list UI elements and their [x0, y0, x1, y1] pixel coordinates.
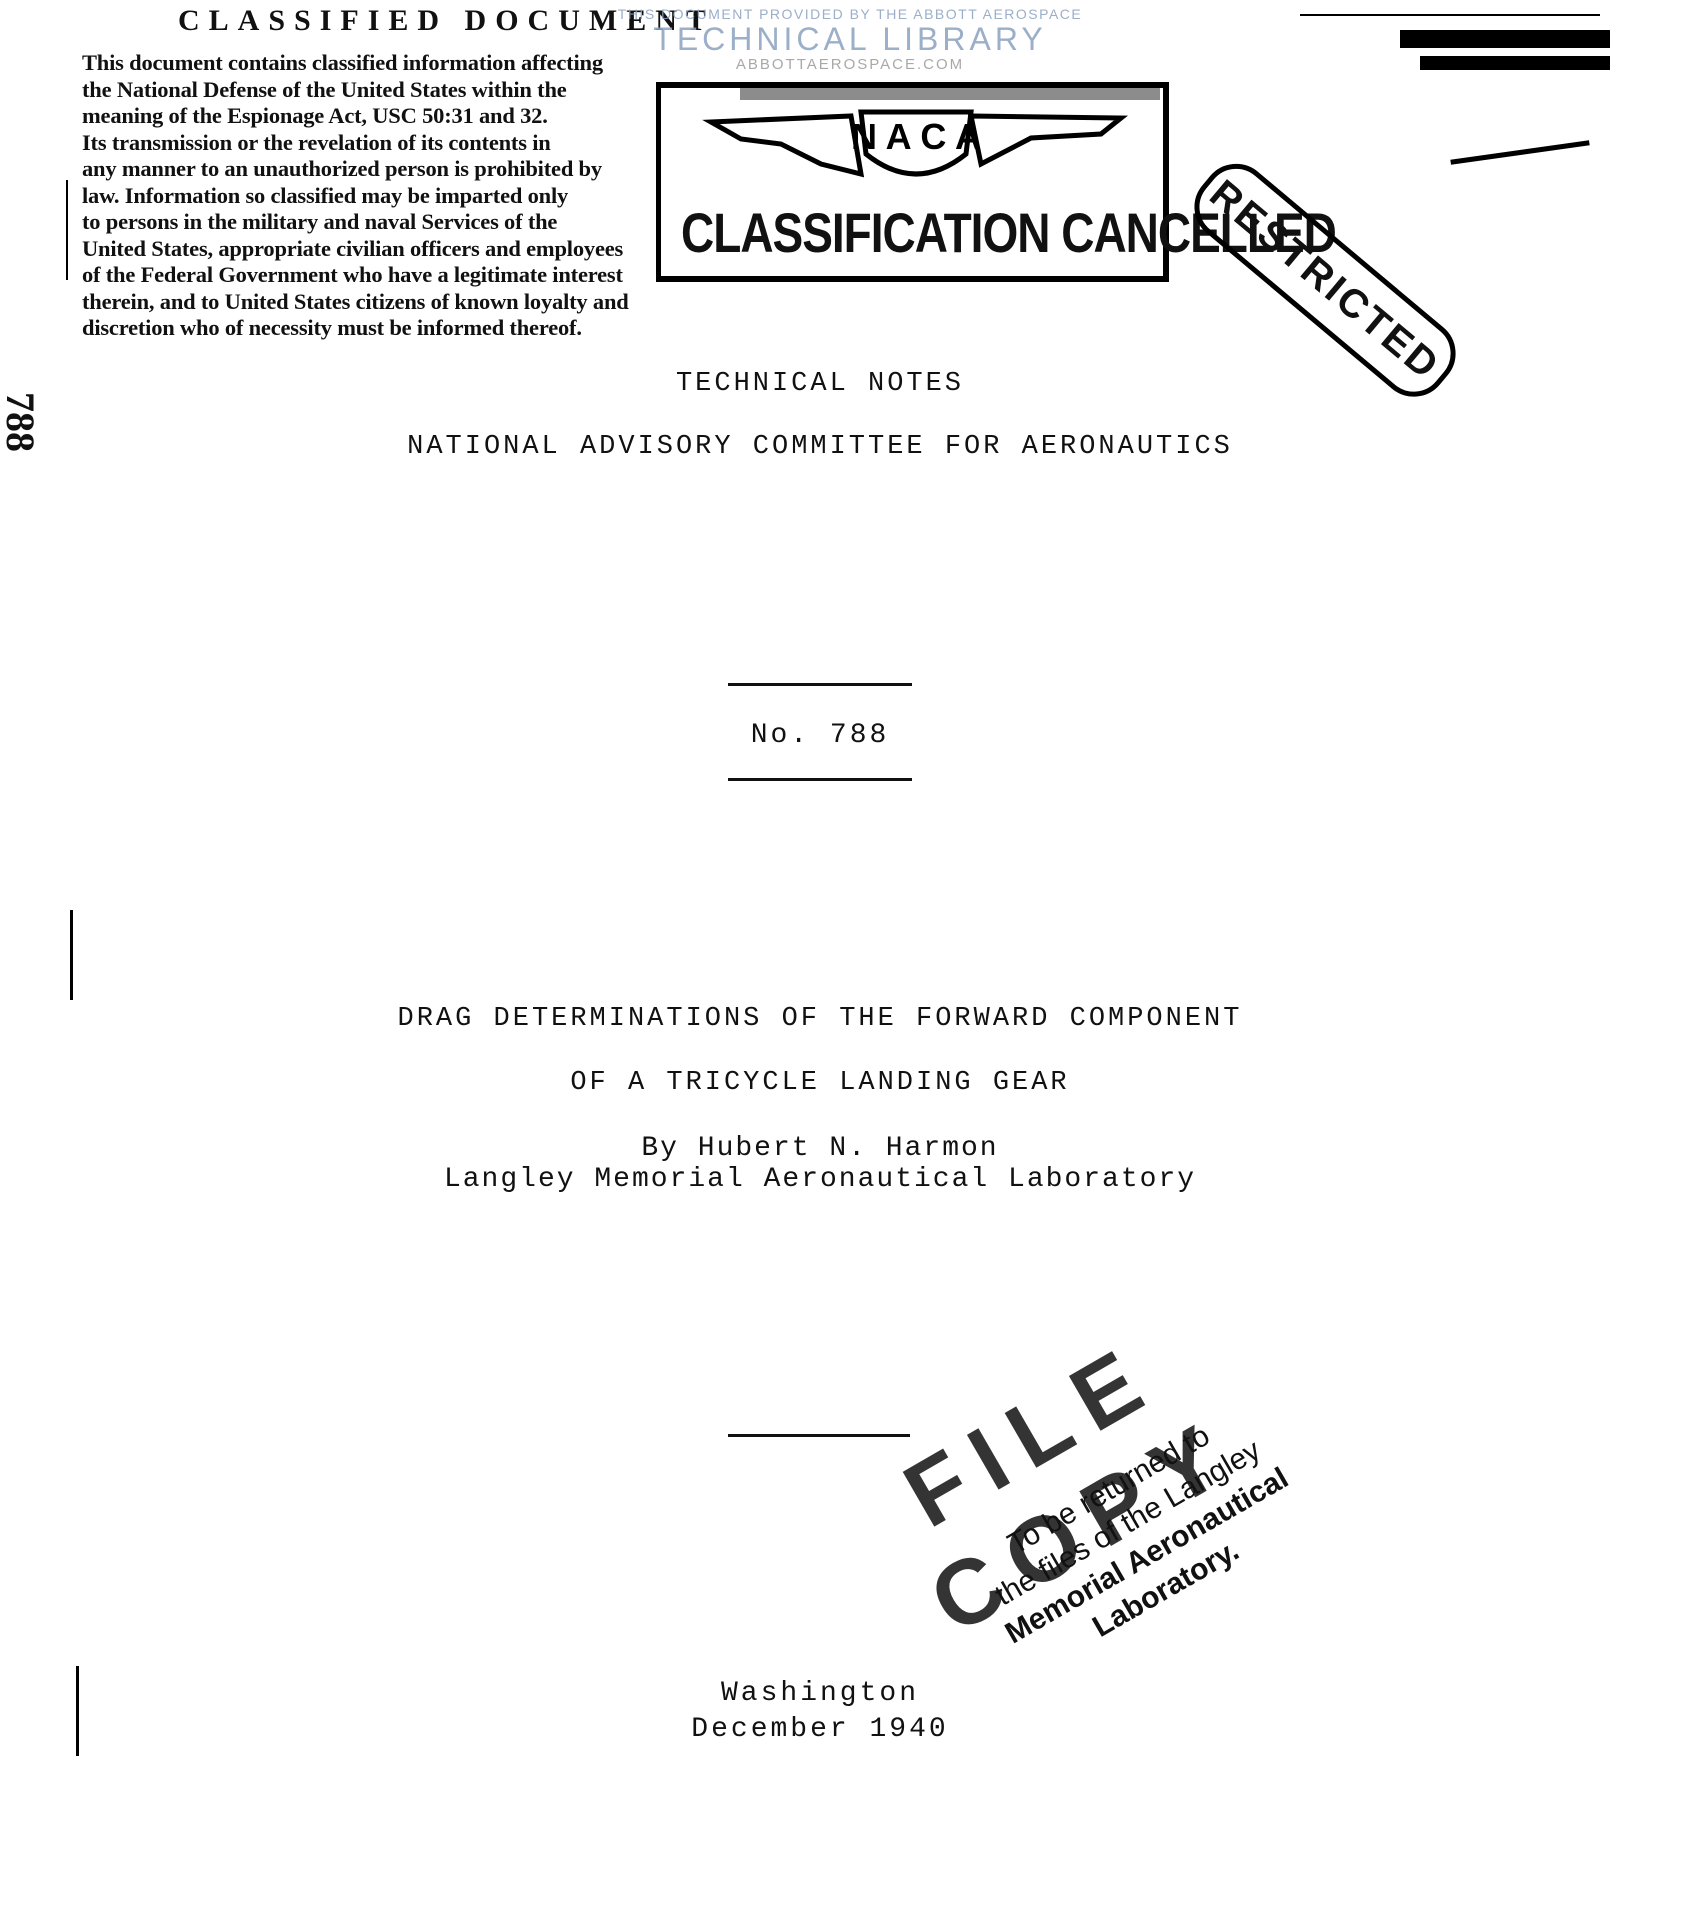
document-title-line-2: OF A TRICYCLE LANDING GEAR	[0, 1068, 1640, 1098]
watermark-provided-by: This document provided by the Abbott Aer…	[570, 6, 1130, 22]
margin-mark	[76, 1666, 79, 1756]
classification-cancelled-text: CLASSIFICATION CANCELLED	[681, 201, 1151, 266]
naca-letters: N A C A	[851, 116, 981, 157]
watermark-url: ABBOTTAEROSPACE.COM	[570, 56, 1130, 73]
notice-line: therein, and to United States citizens o…	[82, 289, 842, 316]
scan-noise	[1300, 14, 1600, 16]
divider-rule	[728, 778, 912, 781]
organization-name: NATIONAL ADVISORY COMMITTEE FOR AERONAUT…	[0, 432, 1640, 462]
notice-line: discretion who of necessity must be info…	[82, 315, 842, 342]
naca-wings-emblem-icon: N A C A	[701, 104, 1131, 184]
series-title: TECHNICAL NOTES	[0, 369, 1640, 399]
publication-place: Washington	[0, 1678, 1640, 1709]
publication-date: December 1940	[0, 1714, 1640, 1745]
scan-noise	[1420, 56, 1610, 70]
margin-mark	[70, 910, 73, 1000]
document-title-line-1: DRAG DETERMINATIONS OF THE FORWARD COMPO…	[0, 1004, 1640, 1034]
abbott-watermark: This document provided by the Abbott Aer…	[570, 6, 1130, 73]
scan-noise	[1450, 140, 1589, 164]
watermark-library: TECHNICAL LIBRARY	[570, 22, 1130, 56]
divider-rule	[728, 683, 912, 686]
note-number: No. 788	[0, 720, 1640, 751]
margin-mark	[66, 180, 68, 280]
scan-noise	[1400, 30, 1610, 48]
handwritten-margin-number: 788	[0, 392, 44, 452]
author: By Hubert N. Harmon	[0, 1133, 1640, 1164]
divider-rule	[728, 1434, 910, 1437]
classification-cancelled-stamp: N A C A CLASSIFICATION CANCELLED	[656, 82, 1169, 282]
affiliation: Langley Memorial Aeronautical Laboratory	[0, 1164, 1640, 1195]
